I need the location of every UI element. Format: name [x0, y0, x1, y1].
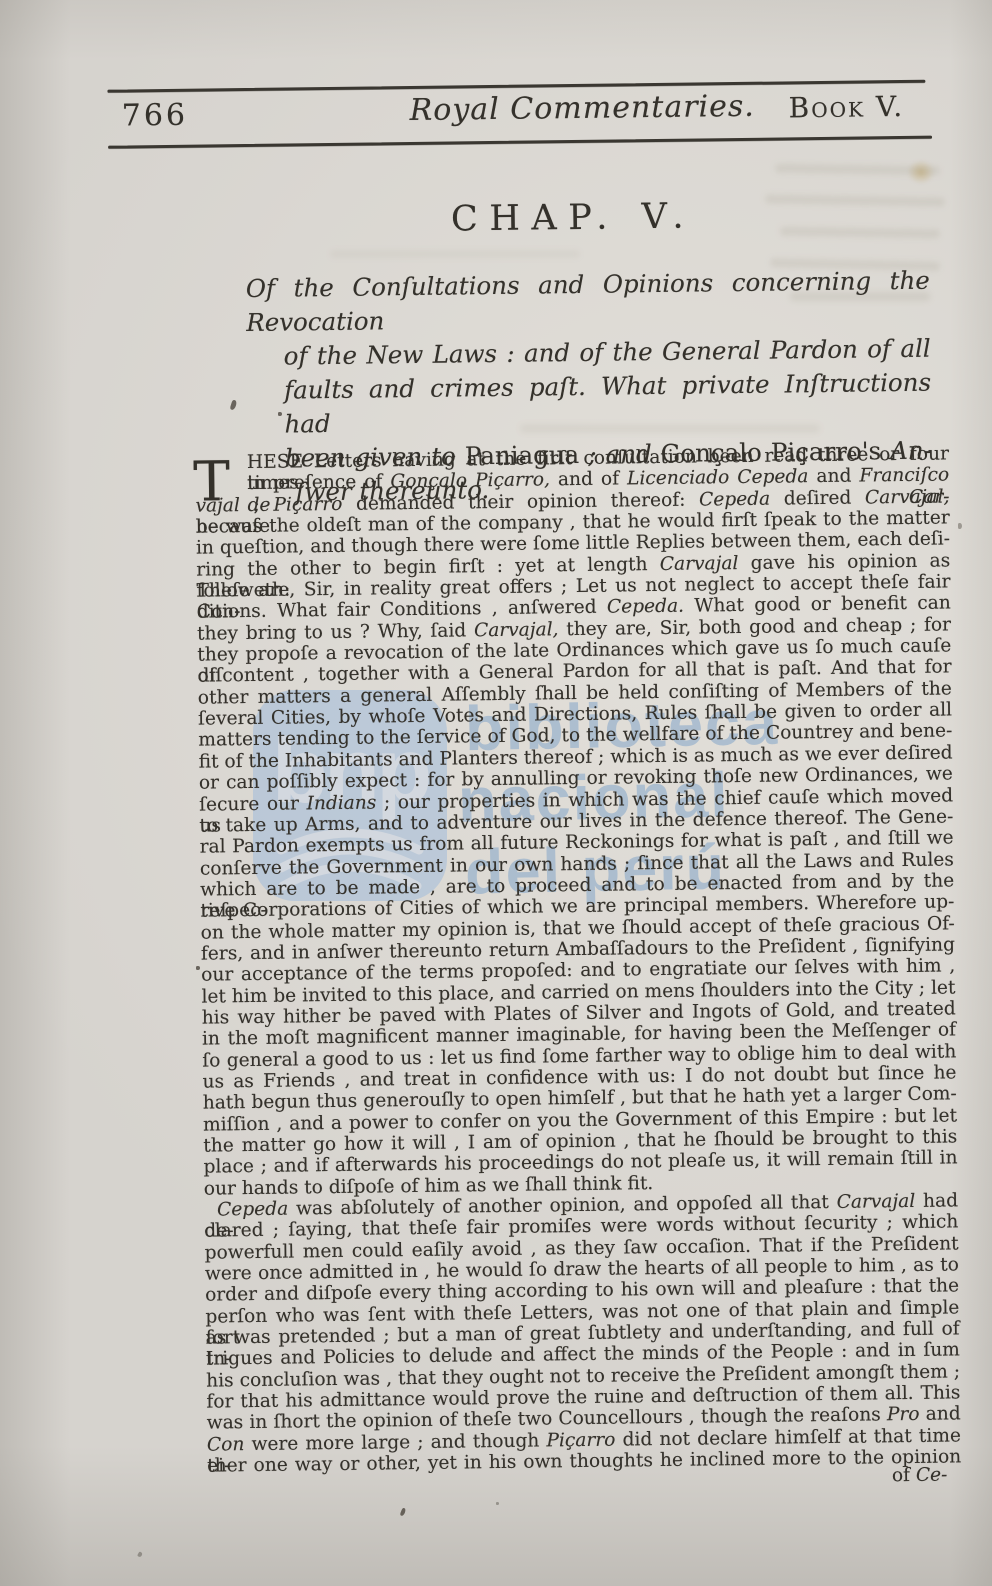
text-segment: vajal	[195, 495, 240, 517]
chapter-heading: CHAP. V.	[253, 194, 893, 242]
book-label: Book V.	[788, 90, 904, 124]
header-bottom-rule	[108, 136, 932, 149]
text-segment: Ce-	[916, 1465, 948, 1486]
text-segment: Con	[207, 1434, 245, 1455]
text-segment: Carvajal	[660, 553, 739, 575]
page-number: 766	[122, 98, 189, 134]
text-segment: of the New Laws : and of the General Par…	[284, 334, 931, 371]
text-segment: Indians	[306, 792, 376, 814]
text-segment: Cepeda.	[607, 596, 684, 618]
text-segment: and of	[550, 469, 627, 491]
body-text: HESE Letters having at the firſt conſult…	[195, 443, 961, 1477]
text-segment: Cepeda	[217, 1199, 288, 1221]
text-segment: ;	[240, 494, 274, 515]
text-segment: Carvajal	[837, 1191, 916, 1213]
text-segment: Carvajal,	[865, 486, 950, 508]
text-segment: of	[892, 1465, 916, 1486]
text-segment: What good or benefit can	[684, 593, 951, 617]
text-segment: they bring to us ? Why, ſaid	[197, 620, 474, 644]
text-segment: Pro	[887, 1404, 920, 1425]
text-segment: and	[919, 1404, 960, 1426]
text-segment: ſecure our	[199, 793, 307, 815]
book-page-scan: { "header": { "page_number": "766", "run…	[0, 0, 992, 1586]
text-segment: Of the Conſultations and Opinions concer…	[246, 266, 930, 337]
text-segment: Licenciado Cepeda	[627, 467, 809, 490]
text-line: faults and crimes paſt. What private Inſ…	[247, 366, 932, 442]
text-segment: deſired	[770, 487, 865, 509]
running-title: Royal Commentaries.	[409, 89, 755, 128]
text-segment: Piçarro	[273, 494, 342, 516]
text-line: Of the Conſultations and Opinions concer…	[246, 264, 931, 340]
text-segment: and	[808, 466, 859, 488]
text-segment: faults and crimes paſt. What private Inſ…	[284, 368, 931, 439]
text-segment: Piçarro	[546, 1429, 615, 1451]
text-segment: Cepeda	[699, 488, 770, 510]
page-content: 766 Royal Commentaries. Book V. CHAP. V.…	[0, 0, 992, 1586]
text-segment: in preſence of	[247, 472, 390, 495]
text-segment: Carvajal,	[474, 619, 559, 641]
text-segment: Gonçalo Piçarro,	[390, 470, 550, 493]
